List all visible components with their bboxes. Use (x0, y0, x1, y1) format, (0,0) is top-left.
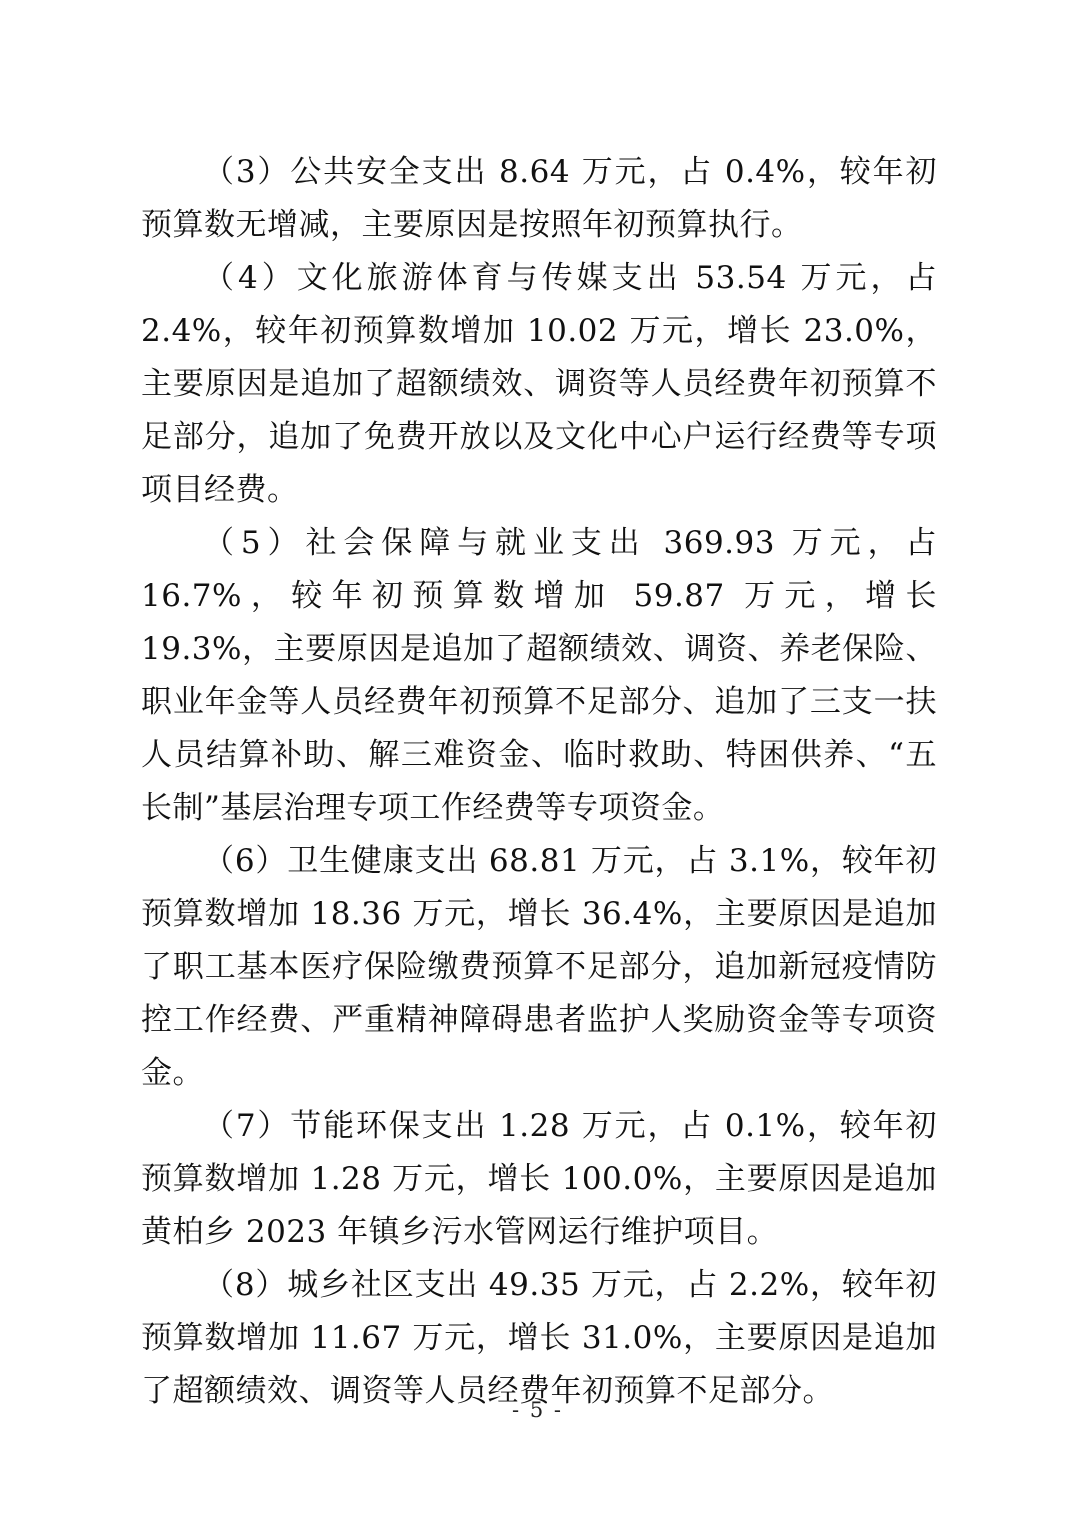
paragraph: （5）社会保障与就业支出 369.93 万元，占 16.7%，较年初预算数增加 … (141, 517, 937, 835)
paragraph: （3）公共安全支出 8.64 万元，占 0.4%，较年初预算数无增减，主要原因是… (141, 146, 937, 252)
paragraph: （4）文化旅游体育与传媒支出 53.54 万元，占 2.4%，较年初预算数增加 … (141, 252, 937, 517)
paragraph: （7）节能环保支出 1.28 万元，占 0.1%，较年初预算数增加 1.28 万… (141, 1100, 937, 1259)
page-number: - 5 - (512, 1398, 563, 1422)
paragraph: （6）卫生健康支出 68.81 万元，占 3.1%，较年初预算数增加 18.36… (141, 835, 937, 1100)
body-text: （3）公共安全支出 8.64 万元，占 0.4%，较年初预算数无增减，主要原因是… (141, 146, 937, 1418)
paragraph: （8）城乡社区支出 49.35 万元，占 2.2%，较年初预算数增加 11.67… (141, 1259, 937, 1418)
page-footer: - 5 - (0, 1398, 1075, 1422)
document-page: （3）公共安全支出 8.64 万元，占 0.4%，较年初预算数无增减，主要原因是… (0, 0, 1075, 1520)
